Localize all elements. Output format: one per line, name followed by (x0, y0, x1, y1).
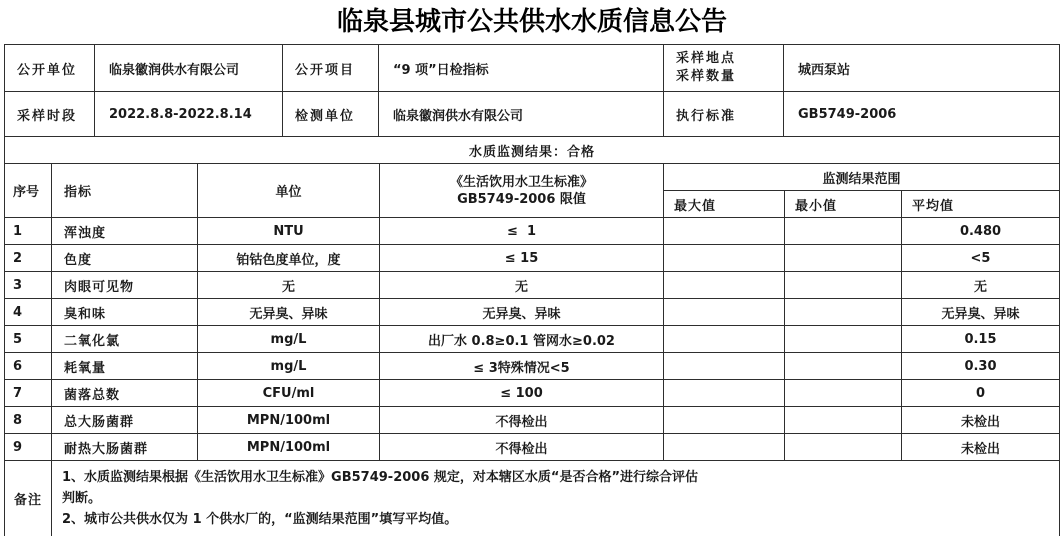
row-min-value (785, 218, 902, 245)
row-max-value (664, 434, 785, 461)
note-content: 1、水质监测结果根据《生活饮用水卫生标准》GB5749-2006 规定，对本辖区… (52, 461, 1060, 536)
table-row: 8 总大肠菌群 MPN/100ml 不得检出 未检出 (5, 407, 1060, 434)
row-indicator: 臭和味 (52, 299, 198, 326)
table-row: 9 耐热大肠菌群 MPN/100ml 不得检出 未检出 (5, 434, 1060, 461)
header-standard-line1: 《生活饮用水卫生标准》 (386, 174, 657, 191)
header-no: 序号 (5, 164, 52, 218)
results-table: 水质监测结果：合格 序号 指标 单位 《生活饮用水卫生标准》 GB5749-20… (4, 136, 1060, 536)
sample-period-label: 采样时段 (5, 92, 95, 137)
row-max-value (664, 272, 785, 299)
row-unit: 无 (198, 272, 380, 299)
open-unit-label: 公开单位 (5, 45, 95, 92)
note-line-1: 1、水质监测结果根据《生活饮用水卫生标准》GB5749-2006 规定，对本辖区… (62, 467, 1049, 488)
header-range-group: 监测结果范围 (664, 164, 1060, 191)
table-body: 1 浑浊度 NTU ≤ 1 0.480 2 色度 铂钴色度单位，度 ≤ 15 <… (5, 218, 1060, 461)
open-unit-value: 临泉徽润供水有限公司 (95, 45, 283, 92)
result-row: 水质监测结果：合格 (5, 137, 1060, 164)
sample-place-value: 城西泵站 (784, 45, 1060, 92)
row-limit: 无 (380, 272, 664, 299)
row-min-value (785, 326, 902, 353)
table-row: 4 臭和味 无异臭、异味 无异臭、异味 无异臭、异味 (5, 299, 1060, 326)
header-avg: 平均值 (902, 191, 1060, 218)
row-indicator: 菌落总数 (52, 380, 198, 407)
row-indicator: 肉眼可见物 (52, 272, 198, 299)
result-line: 水质监测结果：合格 (5, 137, 1060, 164)
row-avg-value: 未检出 (902, 434, 1060, 461)
row-avg-value: 0.30 (902, 353, 1060, 380)
header-unit: 单位 (198, 164, 380, 218)
row-indicator: 浑浊度 (52, 218, 198, 245)
sample-count-label: 采样数量 (676, 68, 777, 86)
header-standard-line2: GB5749-2006 限值 (386, 191, 657, 208)
row-unit: mg/L (198, 326, 380, 353)
row-indicator: 二氧化氯 (52, 326, 198, 353)
water-quality-notice-document: 临泉县城市公共供水水质信息公告 公开单位 临泉徽润供水有限公司 公开项目 “9 … (0, 0, 1064, 536)
row-max-value (664, 380, 785, 407)
row-unit: CFU/ml (198, 380, 380, 407)
row-unit: 铂钴色度单位，度 (198, 245, 380, 272)
row-indicator: 色度 (52, 245, 198, 272)
row-avg-value: 无 (902, 272, 1060, 299)
row-limit: ≤ 15 (380, 245, 664, 272)
row-avg-value: 0.15 (902, 326, 1060, 353)
header-min: 最小值 (785, 191, 902, 218)
row-avg-value: 0 (902, 380, 1060, 407)
note-row: 备注 1、水质监测结果根据《生活饮用水卫生标准》GB5749-2006 规定，对… (5, 461, 1060, 536)
row-indicator: 总大肠菌群 (52, 407, 198, 434)
row-number: 3 (5, 272, 52, 299)
row-number: 8 (5, 407, 52, 434)
header-standard-limit: 《生活饮用水卫生标准》 GB5749-2006 限值 (380, 164, 664, 218)
header-max: 最大值 (664, 191, 785, 218)
row-limit: 无异臭、异味 (380, 299, 664, 326)
note-label: 备注 (5, 461, 52, 536)
header-indicator: 指标 (52, 164, 198, 218)
note-line-2: 判断。 (62, 488, 1049, 509)
row-number: 4 (5, 299, 52, 326)
row-max-value (664, 299, 785, 326)
row-max-value (664, 218, 785, 245)
row-indicator: 耗氧量 (52, 353, 198, 380)
table-row: 1 浑浊度 NTU ≤ 1 0.480 (5, 218, 1060, 245)
sample-location-count-label: 采样地点 采样数量 (664, 45, 784, 92)
row-number: 7 (5, 380, 52, 407)
row-number: 2 (5, 245, 52, 272)
standard-value: GB5749-2006 (784, 92, 1060, 137)
sample-period-value: 2022.8.8-2022.8.14 (95, 92, 283, 137)
row-unit: 无异臭、异味 (198, 299, 380, 326)
row-limit: 不得检出 (380, 407, 664, 434)
row-number: 6 (5, 353, 52, 380)
header-row-1: 序号 指标 单位 《生活饮用水卫生标准》 GB5749-2006 限值 监测结果… (5, 164, 1060, 191)
sample-location-label: 采样地点 (676, 50, 777, 68)
row-limit: 不得检出 (380, 434, 664, 461)
row-max-value (664, 326, 785, 353)
row-unit: MPN/100ml (198, 434, 380, 461)
test-unit-label: 检测单位 (283, 92, 379, 137)
row-avg-value: <5 (902, 245, 1060, 272)
row-min-value (785, 407, 902, 434)
standard-label: 执行标准 (664, 92, 784, 137)
row-min-value (785, 299, 902, 326)
row-number: 1 (5, 218, 52, 245)
info-table: 公开单位 临泉徽润供水有限公司 公开项目 “9 项”日检指标 采样地点 采样数量… (4, 44, 1060, 137)
row-avg-value: 未检出 (902, 407, 1060, 434)
info-row-2: 采样时段 2022.8.8-2022.8.14 检测单位 临泉徽润供水有限公司 … (5, 92, 1060, 137)
row-unit: NTU (198, 218, 380, 245)
row-number: 5 (5, 326, 52, 353)
row-unit: MPN/100ml (198, 407, 380, 434)
page-title: 临泉县城市公共供水水质信息公告 (0, 6, 1064, 38)
row-min-value (785, 272, 902, 299)
row-min-value (785, 434, 902, 461)
row-min-value (785, 245, 902, 272)
table-row: 2 色度 铂钴色度单位，度 ≤ 15 <5 (5, 245, 1060, 272)
info-row-1: 公开单位 临泉徽润供水有限公司 公开项目 “9 项”日检指标 采样地点 采样数量… (5, 45, 1060, 92)
open-item-label: 公开项目 (283, 45, 379, 92)
table-row: 5 二氧化氯 mg/L 出厂水 0.8≥0.1 管网水≥0.02 0.15 (5, 326, 1060, 353)
row-max-value (664, 245, 785, 272)
row-avg-value: 无异臭、异味 (902, 299, 1060, 326)
test-unit-value: 临泉徽润供水有限公司 (379, 92, 664, 137)
row-limit: ≤ 1 (380, 218, 664, 245)
row-number: 9 (5, 434, 52, 461)
table-row: 6 耗氧量 mg/L ≤ 3特殊情况<5 0.30 (5, 353, 1060, 380)
row-limit: 出厂水 0.8≥0.1 管网水≥0.02 (380, 326, 664, 353)
row-max-value (664, 353, 785, 380)
note-line-3: 2、城市公共供水仅为 1 个供水厂的，“监测结果范围”填写平均值。 (62, 509, 1049, 530)
row-min-value (785, 353, 902, 380)
row-limit: ≤ 3特殊情况<5 (380, 353, 664, 380)
row-max-value (664, 407, 785, 434)
row-unit: mg/L (198, 353, 380, 380)
table-row: 3 肉眼可见物 无 无 无 (5, 272, 1060, 299)
row-min-value (785, 380, 902, 407)
row-limit: ≤ 100 (380, 380, 664, 407)
table-row: 7 菌落总数 CFU/ml ≤ 100 0 (5, 380, 1060, 407)
row-avg-value: 0.480 (902, 218, 1060, 245)
row-indicator: 耐热大肠菌群 (52, 434, 198, 461)
open-item-value: “9 项”日检指标 (379, 45, 664, 92)
